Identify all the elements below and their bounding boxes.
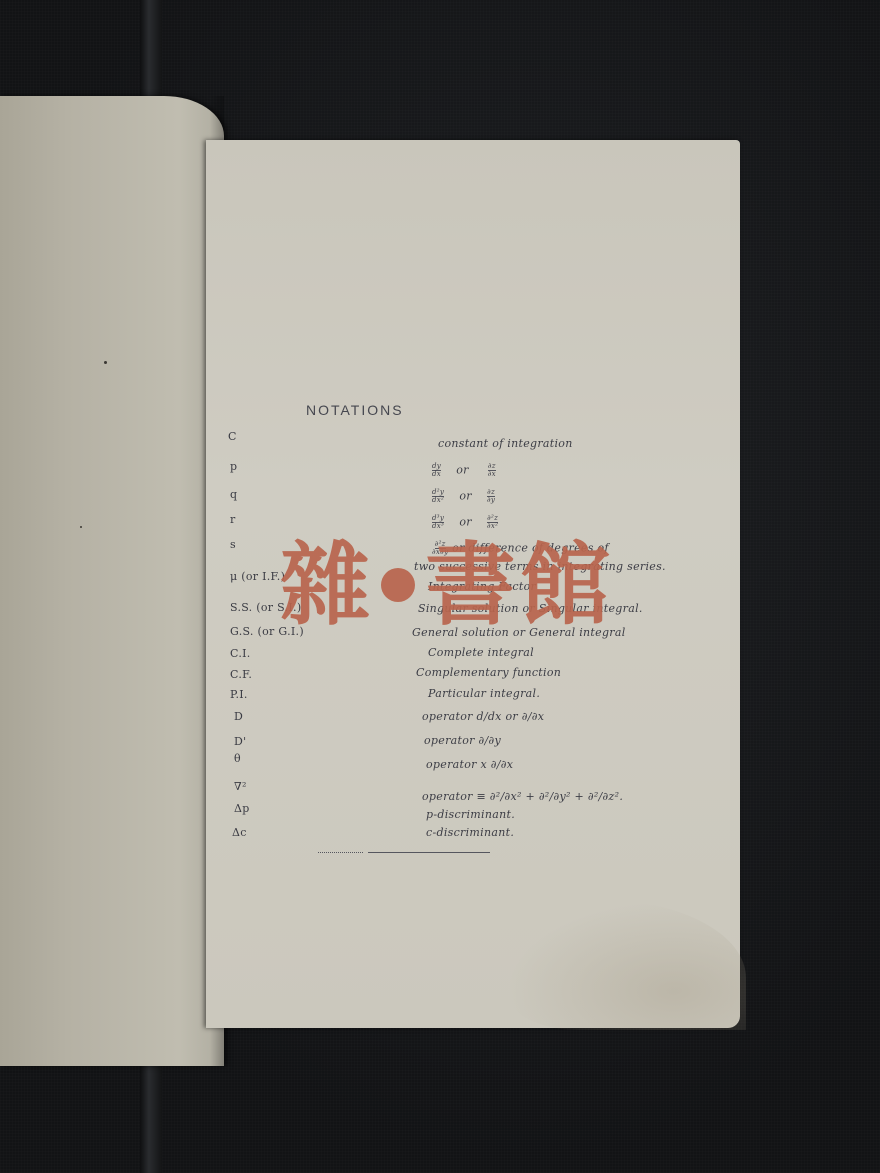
water-stain [506,900,746,1030]
fraction: ∂z∂x [488,463,496,478]
paper-speck [104,361,107,364]
notation-symbol: s [230,538,236,551]
notation-meaning: Complete integral [428,646,534,659]
left-page [0,96,224,1066]
notation-symbol: r [230,513,236,526]
fraction: d³ydx³ [432,515,444,530]
notation-meaning: operator x ∂/∂x [426,758,513,771]
notation-meaning: operator ≡ ∂²/∂x² + ∂²/∂y² + ∂²/∂z². [422,790,623,803]
watermark-dot [381,568,415,602]
watermark-char: 館 [520,535,610,635]
end-rule-dotted [318,852,363,854]
notation-meaning: Complementary function [416,666,561,679]
notation-symbol: θ [234,752,241,765]
notation-symbol: Δp [234,802,250,815]
fraction: ∂z∂y [487,489,495,504]
notation-symbol: q [230,488,237,501]
fraction: ∂²z∂x² [487,515,498,530]
notation-meaning: d³ydx³ or ∂²z∂x² [432,515,498,530]
notation-meaning: c-discriminant. [426,826,514,839]
fraction: dydx [432,463,441,478]
notation-symbol: P.I. [230,688,248,701]
watermark-stamp: 雜 書 館 [280,530,610,640]
paper-speck [80,526,82,528]
notation-meaning: Particular integral. [428,687,540,700]
notation-symbol: p [230,460,237,473]
notation-symbol: Δc [232,826,247,839]
fraction: d²ydx² [432,489,444,504]
notation-symbol: C [228,430,237,443]
notation-meaning: p-discriminant. [426,808,515,821]
notation-symbol: C.I. [230,647,251,660]
notation-meaning: operator d/dx or ∂/∂x [422,710,544,723]
notation-meaning: d²ydx² or ∂z∂y [432,489,495,504]
notation-meaning: constant of integration [438,437,573,450]
watermark-char: 雜 [280,535,370,635]
notation-symbol: D [234,710,243,723]
notation-symbol: ∇² [234,780,247,793]
watermark-char: 書 [425,535,515,635]
notation-meaning: operator ∂/∂y [424,734,501,747]
end-rule [368,852,490,853]
page-title: NOTATIONS [306,402,404,418]
notation-symbol: μ (or I.F.) [230,570,285,583]
notation-meaning: dydx or ∂z∂x [432,463,496,478]
notation-symbol: C.F. [230,668,252,681]
notation-symbol: D' [234,735,246,748]
